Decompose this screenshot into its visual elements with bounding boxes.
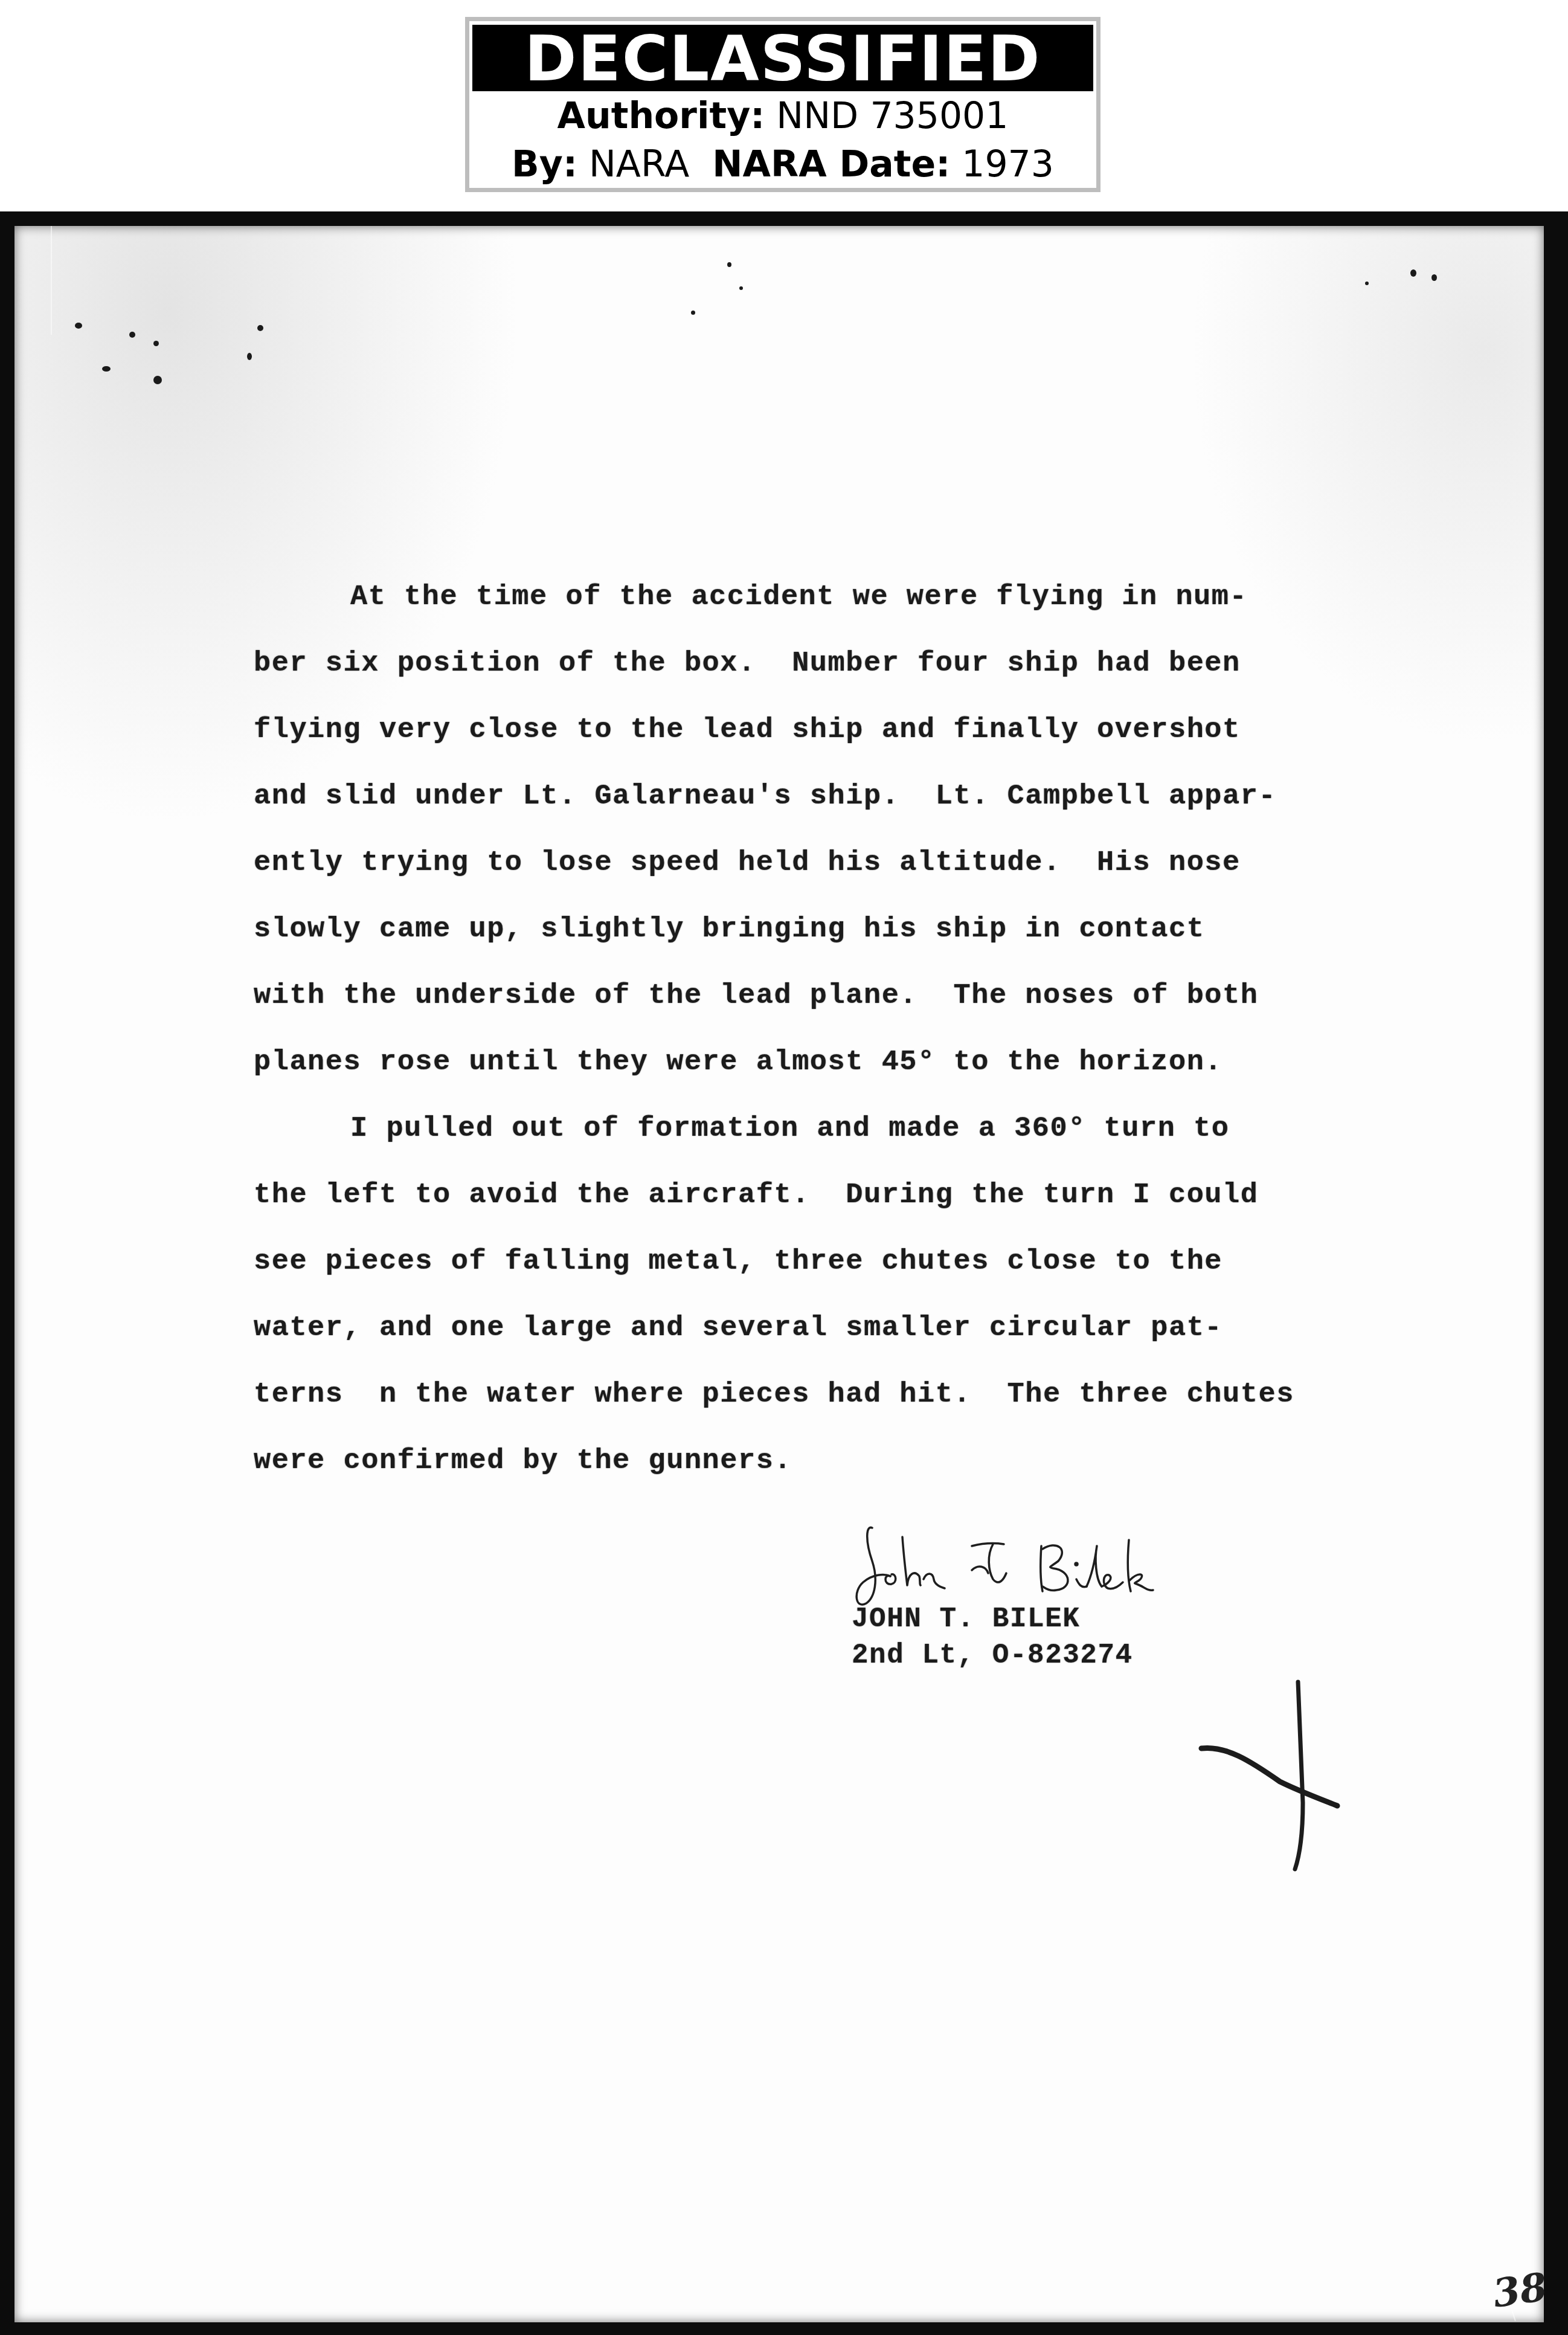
text-line: planes rose until they were almost 45° t… <box>254 1029 1401 1096</box>
scan-speck <box>739 286 743 290</box>
scan-speck <box>153 376 162 384</box>
paragraph-1: At the time of the accident we were flyi… <box>254 564 1401 1096</box>
scan-speck <box>102 366 111 372</box>
text-line: slowly came up, slightly bringing his sh… <box>254 897 1401 963</box>
scan-speck <box>1410 269 1416 277</box>
by-value: NARA <box>589 143 689 185</box>
by-label: By: <box>512 143 577 185</box>
scan-speck <box>691 311 695 315</box>
scan-speck <box>75 323 82 329</box>
paragraph-2: I pulled out of formation and made a 360… <box>254 1096 1401 1495</box>
report-body: At the time of the accident we were flyi… <box>254 564 1401 1495</box>
text-line: were confirmed by the gunners. <box>254 1428 1401 1495</box>
date-label: NARA Date: <box>712 143 950 185</box>
text-line: water, and one large and several smaller… <box>254 1295 1401 1362</box>
text-line: ber six position of the box. Number four… <box>254 631 1401 697</box>
scan-speck <box>247 353 252 360</box>
scan-speck <box>1365 282 1369 285</box>
text-line: and slid under Lt. Galarneau's ship. Lt.… <box>254 764 1401 830</box>
scan-speck <box>129 332 135 338</box>
scan-frame: At the time of the accident we were flyi… <box>0 211 1568 2335</box>
date-value: 1973 <box>962 143 1054 185</box>
stamp-title: DECLASSIFIED <box>472 25 1093 91</box>
text-line: with the underside of the lead plane. Th… <box>254 963 1401 1029</box>
handwritten-cross-mark <box>1183 1670 1364 1881</box>
document-page: At the time of the accident we were flyi… <box>14 226 1544 2322</box>
text-line: terns n the water where pieces had hit. … <box>254 1362 1401 1428</box>
declassified-stamp: DECLASSIFIED Authority: NND 735001 By: N… <box>465 17 1100 192</box>
stamp-by-line: By: NARA NARA Date: 1973 <box>469 143 1096 185</box>
text-line: At the time of the accident we were flyi… <box>254 564 1401 631</box>
scan-scratch <box>51 226 52 335</box>
handwritten-signature: John T Bilek <box>848 1513 1210 1615</box>
scan-speck <box>153 341 159 346</box>
typed-signer-rank: 2nd Lt, O-823274 <box>852 1640 1133 1671</box>
typed-signer-name: JOHN T. BILEK <box>852 1603 1080 1635</box>
scan-speck <box>727 262 731 267</box>
page-number: 38 <box>1490 2264 1550 2317</box>
scan-speck <box>1431 274 1437 281</box>
text-line: see pieces of falling metal, three chute… <box>254 1229 1401 1295</box>
stamp-authority-line: Authority: NND 735001 <box>469 95 1096 137</box>
text-line: the left to avoid the aircraft. During t… <box>254 1162 1401 1229</box>
authority-value: NND 735001 <box>776 95 1008 137</box>
authority-label: Authority: <box>557 95 765 137</box>
scan-speck <box>257 325 263 331</box>
text-line: flying very close to the lead ship and f… <box>254 697 1401 764</box>
text-line: I pulled out of formation and made a 360… <box>254 1096 1401 1162</box>
text-line: ently trying to lose speed held his alti… <box>254 830 1401 897</box>
